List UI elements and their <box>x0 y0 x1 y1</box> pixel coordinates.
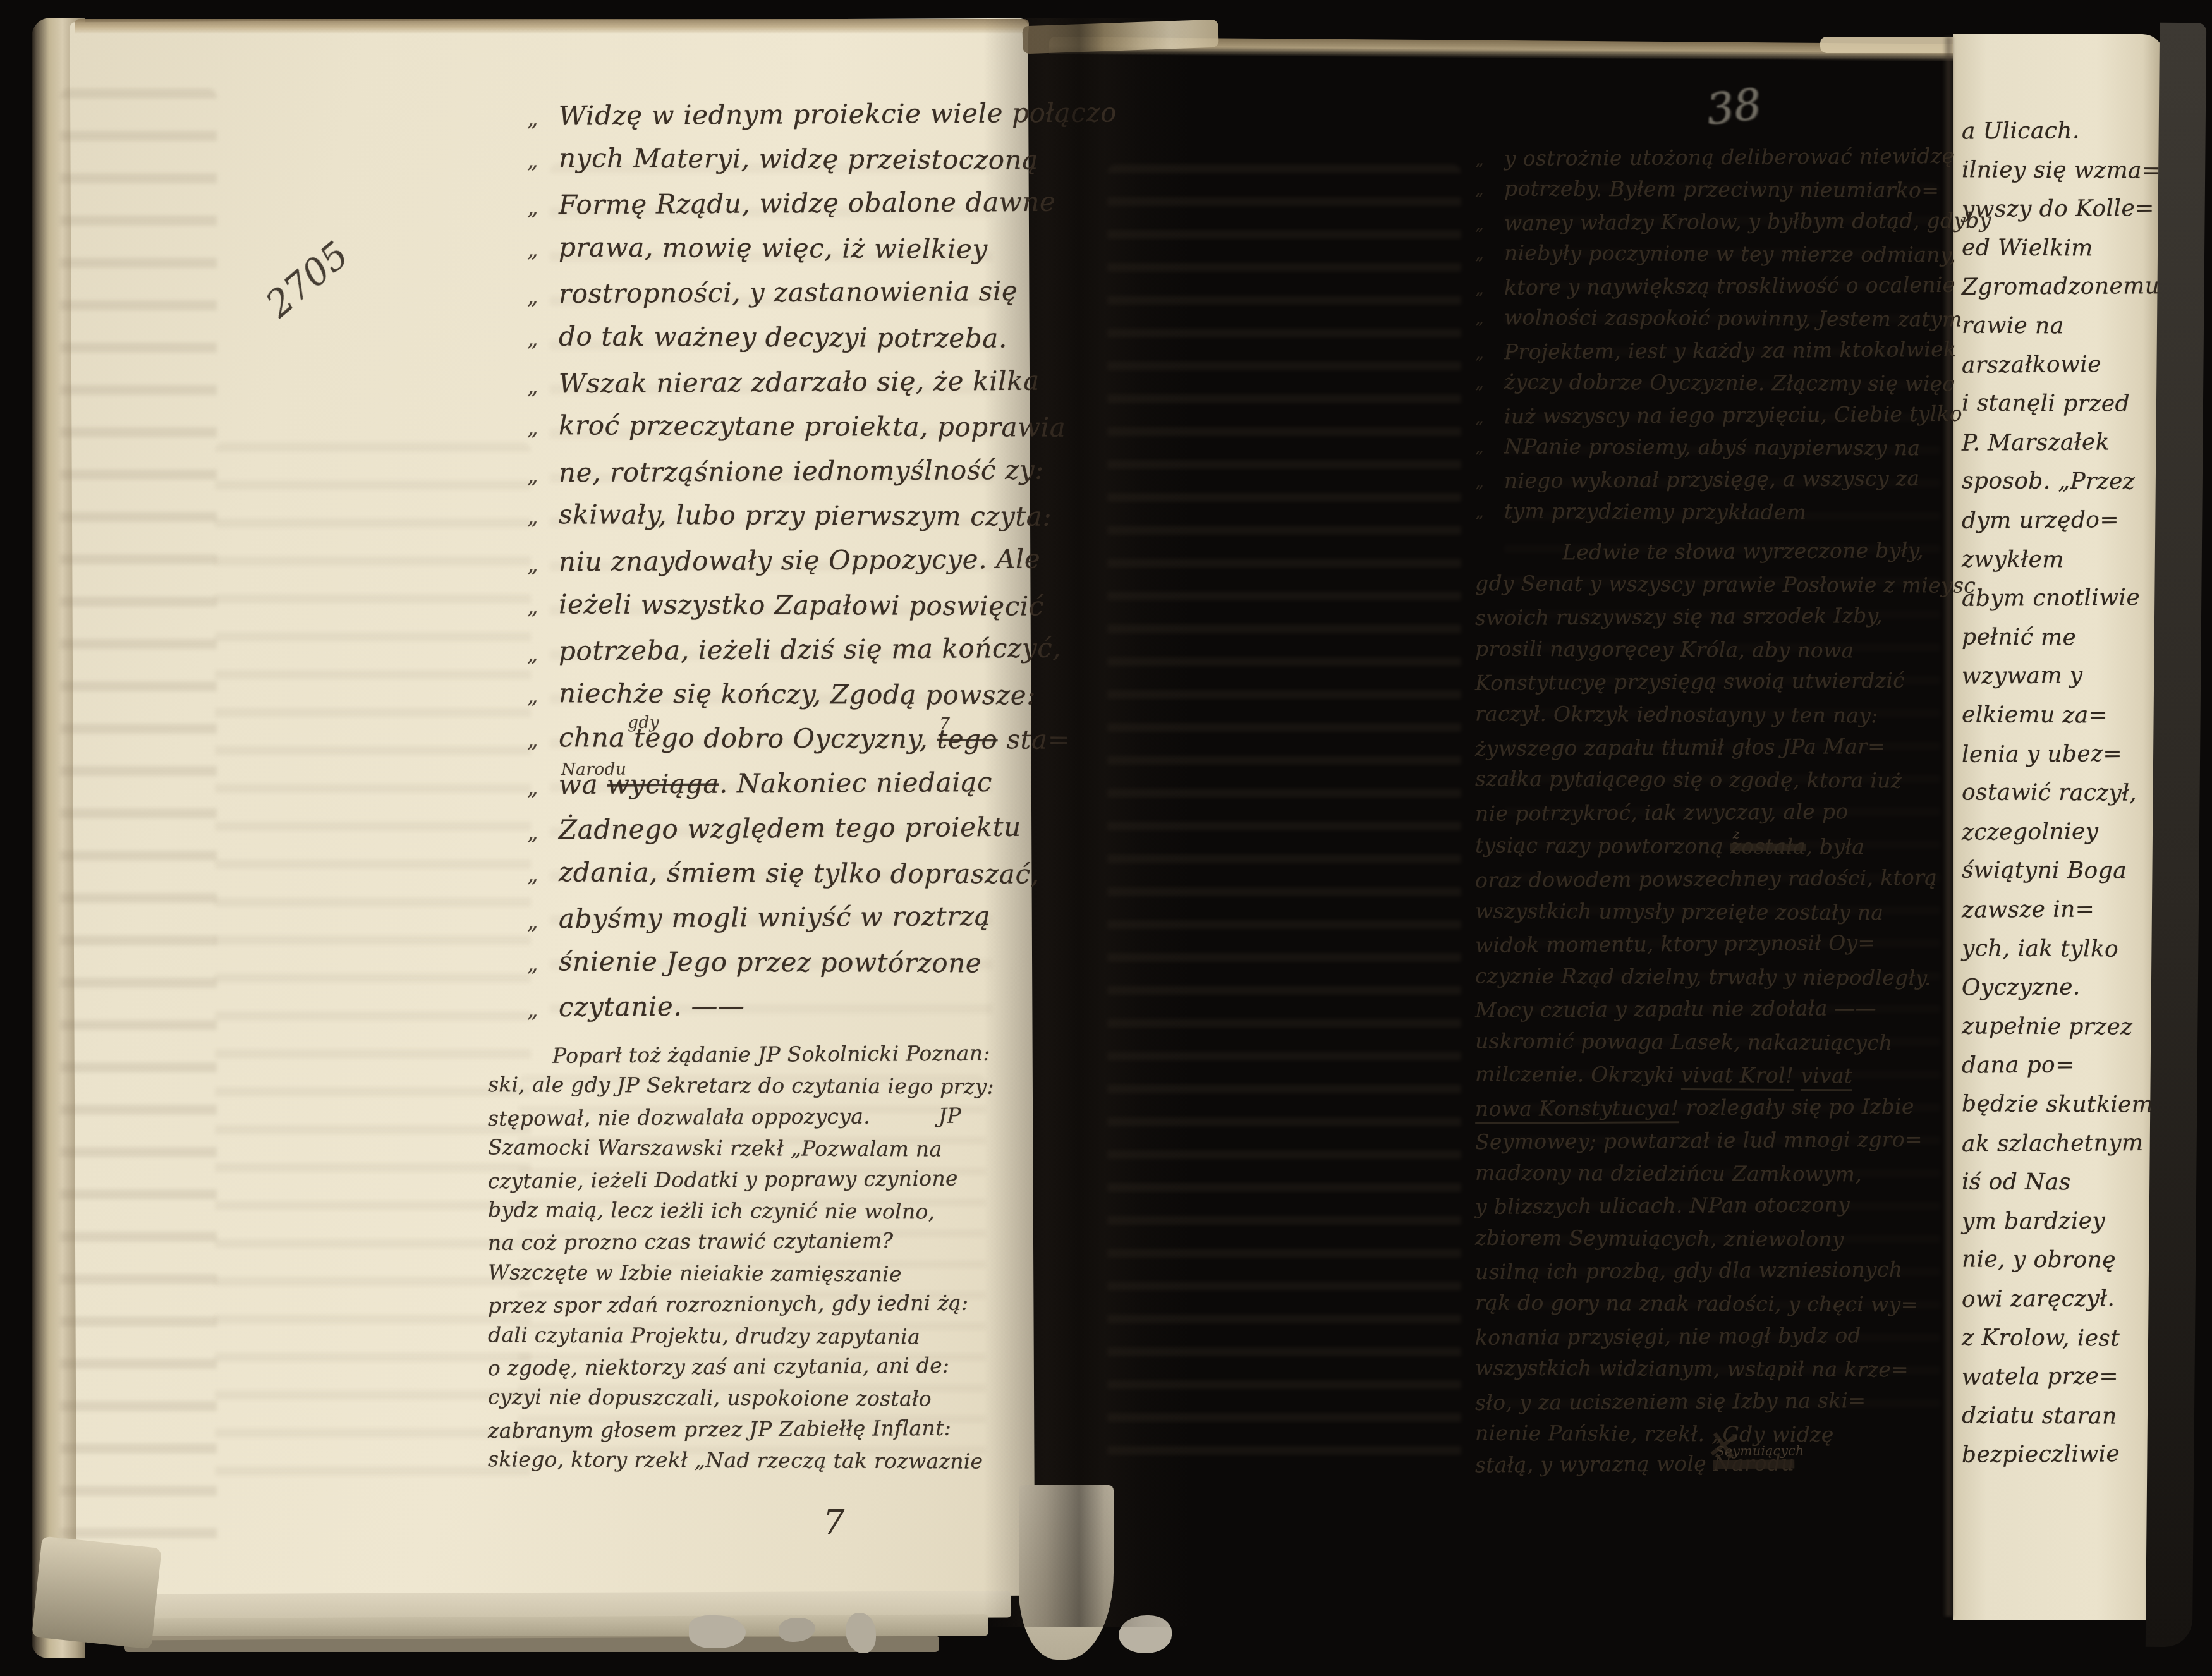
manuscript-line: „potrzeba, ieżeli dziś się ma kończyć, <box>559 635 1061 665</box>
manuscript-line: zabranym głosem przez JP Zabiełłę Inflan… <box>488 1418 951 1441</box>
manuscript-scan: a Ulicach.ilniey się wzma=ywszy do Kolle… <box>0 0 2212 1676</box>
manuscript-line: „iuż wszyscy na iego przyięciu, Ciebie t… <box>1504 403 1962 427</box>
quote-mark: „ <box>1475 375 1484 391</box>
manuscript-line: iś od Nas <box>1962 1171 2071 1194</box>
far-right-page: a Ulicach.ilniey się wzma=ywszy do Kolle… <box>1953 34 2164 1620</box>
bottom-edge-strip <box>124 1636 939 1652</box>
manuscript-line: „ne, rotrząśnione iednomyślność zy: <box>559 456 1044 486</box>
underlined-phrase: nowa Konstytucya! <box>1475 1095 1679 1124</box>
manuscript-line: Zgromadzonemu <box>1962 275 2160 299</box>
manuscript-line: Oyczyzne. <box>1962 976 2081 1000</box>
manuscript-line: Poparł toż żądanie JP Sokolnicki Poznan: <box>488 1043 990 1067</box>
inserted-word: Narodu <box>561 761 627 778</box>
quote-mark: „ <box>527 150 538 171</box>
manuscript-line: swoich ruszywszy się na srzodek Izby, <box>1475 605 1883 628</box>
quote-mark: „ <box>527 239 538 260</box>
manuscript-line: „niebyły poczynione w tey mierze odmiany… <box>1504 242 1956 265</box>
line-text: chna <box>559 722 625 753</box>
manuscript-line: madzony na dziedzińcu Zamkowym, <box>1475 1162 1862 1184</box>
quote-mark: „ <box>527 685 538 707</box>
manuscript-line: wszystkich umysły przeięte zostały na <box>1475 900 1883 923</box>
manuscript-line: „abyśmy mogli wniyść w roztrzą <box>559 903 990 932</box>
inserted-word: gdy <box>628 714 659 731</box>
manuscript-line: a Ulicach. <box>1962 119 2080 143</box>
manuscript-line: zupełnie przez <box>1962 1015 2133 1038</box>
catchword: 7 <box>823 1503 844 1543</box>
manuscript-line: „kroć przeczytane proiekta, poprawia <box>559 412 1066 441</box>
manuscript-line: dym urzędo= <box>1962 509 2119 533</box>
quote-mark: „ <box>527 197 538 219</box>
manuscript-line: „nych Materyi, widzę przeistoczoną <box>559 145 1038 173</box>
manuscript-line: „śnienie Jego przez powtórzone <box>559 948 981 976</box>
manuscript-line: „do tak ważney decyzyi potrzeba. <box>559 323 1007 351</box>
manuscript-line: widok momentu, ktory przynosił Oy= <box>1475 932 1876 956</box>
manuscript-line: „Formę Rządu, widzę obalone dawne <box>559 189 1056 219</box>
manuscript-line: y blizszych ulicach. NPan otoczony <box>1475 1194 1850 1217</box>
torn-paper-shred <box>689 1615 746 1648</box>
manuscript-line: „Wszak nieraz zdarzało się, że kilka <box>559 367 1040 397</box>
manuscript-line: sposob. „Przez <box>1962 470 2135 494</box>
manuscript-line: wzywam y <box>1962 665 2083 688</box>
manuscript-line: „zdania, śmiem się tylko dopraszać, <box>559 859 1040 887</box>
quote-mark: „ <box>527 108 538 130</box>
quote-mark: „ <box>527 375 538 397</box>
quote-mark: „ <box>1475 474 1484 490</box>
manuscript-line: „wolności zaspokoić powinny, Jestem zaty… <box>1504 307 1962 329</box>
manuscript-line: „niechże się kończy, Zgodą powsze: <box>559 680 1036 708</box>
manuscript-line: z Krolow, iest <box>1962 1327 2120 1350</box>
manuscript-line: i stanęli przed <box>1962 392 2130 416</box>
manuscript-line: raczył. Okrzyk iednostayny y ten nay: <box>1475 703 1878 726</box>
manuscript-line: czytanie, ieżeli Dodatki y poprawy czyni… <box>488 1167 958 1191</box>
manuscript-line: bydz maią, lecz ieżli ich czynić nie wol… <box>488 1199 935 1222</box>
manuscript-line-with-scribble: tysiąc razy powtorzoną zzostała, była <box>1475 835 1864 858</box>
manuscript-line: sło, y za uciszeniem się Izby na ski= <box>1475 1390 1866 1413</box>
quote-mark: „ <box>1475 246 1484 262</box>
manuscript-line: o zgodę, niektorzy zaś ani czytania, ani… <box>488 1355 950 1378</box>
manuscript-line: „ktore y naywiększą troskliwość o ocalen… <box>1504 274 1955 298</box>
manuscript-line: Szamocki Warszawski rzekł „Pozwalam na <box>488 1137 942 1160</box>
manuscript-line: ski, ale gdy JP Sekretarz do czytania ie… <box>488 1074 994 1097</box>
manuscript-line: „Projektem, iest y każdy za nim ktokolwi… <box>1504 339 1956 362</box>
manuscript-line: ak szlachetnym <box>1962 1132 2144 1156</box>
manuscript-line: zczegolniey <box>1962 820 2099 844</box>
manuscript-line: rawie na <box>1962 315 2064 338</box>
line-text <box>1794 1063 1801 1088</box>
manuscript-line: „prawa, mowię więc, iż wielkiey <box>559 234 988 262</box>
manuscript-line: „tym przydziemy przykładem <box>1504 501 1807 523</box>
manuscript-line: nienie Pańskie, rzekł. „Gdy widzę <box>1475 1423 1834 1445</box>
manuscript-line: usilną ich prozbą, gdy dla wzniesionych <box>1475 1259 1903 1282</box>
manuscript-line: dziatu staran <box>1962 1404 2117 1428</box>
manuscript-line-with-insertion: „chnagdy tego dobro Oyczyzny, 7tego sta= <box>559 724 1071 753</box>
manuscript-line: „skiwały, lubo przy pierwszym czyta: <box>559 502 1052 530</box>
manuscript-line: ostawić raczył, <box>1962 782 2137 805</box>
manuscript-line: bezpieczliwie <box>1962 1443 2120 1467</box>
scribbled-word: została <box>1730 834 1806 859</box>
quote-mark: „ <box>1475 345 1484 361</box>
manuscript-line: uskromić powaga Lasek, nakazuiących <box>1475 1031 1893 1054</box>
quote-mark: „ <box>1475 504 1484 521</box>
bottom-left-corner-fan <box>32 1536 162 1649</box>
manuscript-line-with-correction: stałą, y wyrazną wolę SeymuiącychNarodu <box>1475 1452 1794 1475</box>
manuscript-line: ed Wielkim <box>1962 236 2093 260</box>
manuscript-line: zawsze in= <box>1962 898 2095 921</box>
manuscript-line: Mocy czucia y zapału nie zdołała —— <box>1475 997 1876 1021</box>
quote-mark: „ <box>527 417 538 439</box>
quote-mark: „ <box>1475 181 1484 198</box>
manuscript-line: gdy Senat y wszyscy prawie Posłowie z mi… <box>1475 573 1976 595</box>
manuscript-line: „ieżeli wszystko Zapałowi poswięcić <box>559 591 1044 619</box>
manuscript-line-underlined: nowa Konstytucya! rozlegały się po Izbie <box>1475 1096 1914 1119</box>
quote-mark: „ <box>527 465 538 486</box>
manuscript-line: P. Marszałek <box>1962 431 2110 454</box>
manuscript-line: nie potrzykroć, iak zwyczay, ale po <box>1475 801 1849 824</box>
line-text: milczenie. Okrzyki <box>1475 1062 1681 1087</box>
manuscript-line-with-insertion: „Naroduwa wyciąga. Nakoniec niedaiąc <box>559 769 992 798</box>
manuscript-line: zbiorem Seymuiących, zniewolony <box>1475 1227 1844 1250</box>
manuscript-line: świątyni Boga <box>1962 859 2127 883</box>
quote-mark: „ <box>527 643 538 665</box>
line-text: tego dobro Oyczyzny, <box>625 722 937 755</box>
underlined-phrase: vivat <box>1801 1063 1852 1091</box>
manuscript-line: pełnić me <box>1962 626 2077 649</box>
manuscript-line: ym bardziey <box>1962 1210 2105 1233</box>
manuscript-line: oraz dowodem powszechney radości, ktorą <box>1475 867 1937 890</box>
manuscript-line: ilniey się wzma= <box>1962 159 2161 182</box>
manuscript-line: skiego, ktory rzekł „Nad rzeczą tak rozw… <box>488 1448 983 1471</box>
manuscript-line: lenia y ubez= <box>1962 743 2122 767</box>
manuscript-line: rąk do gory na znak radości, y chęci wy= <box>1475 1292 1919 1315</box>
manuscript-line: abym cnotliwie <box>1962 586 2140 610</box>
manuscript-line: czyznie Rząd dzielny, trwały y niepodleg… <box>1475 965 1931 988</box>
manuscript-line: wszystkich widzianym, wstąpił na krze= <box>1475 1357 1909 1380</box>
manuscript-line: Ledwie te słowa wyrzeczone były, <box>1475 540 1924 563</box>
line-text: stałą, y wyrazną wolę <box>1475 1451 1713 1477</box>
manuscript-line: zwykłem <box>1962 548 2064 571</box>
manuscript-line: „Widzę w iednym proiekcie wiele połączo <box>559 99 1117 129</box>
quote-mark: „ <box>1475 439 1484 456</box>
manuscript-line: „rostropności, y zastanowienia się <box>559 278 1018 307</box>
quote-mark: „ <box>527 729 538 751</box>
line-text: . Nakoniec niedaiąc <box>719 767 992 799</box>
manuscript-line: cyzyi nie dopuszczali, uspokoione został… <box>488 1387 932 1409</box>
quote-mark: „ <box>527 596 538 617</box>
manuscript-line: prosili naygoręcey Króla, aby nowa <box>1475 638 1854 660</box>
manuscript-line: ych, iak tylko <box>1962 937 2118 961</box>
manuscript-line: „waney władzy Krolow, y byłbym dotąd, gd… <box>1504 210 1991 234</box>
manuscript-line: Wszczęte w Izbie nieiakie zamięszanie <box>488 1261 902 1284</box>
manuscript-line: stępował, nie dozwalała oppozycya. JP <box>488 1105 961 1129</box>
manuscript-line: Seymowey; powtarzał ie lud mnogi zgro= <box>1475 1129 1923 1152</box>
torn-paper-shred <box>1119 1615 1172 1653</box>
manuscript-line: przez spor zdań rozroznionych, gdy iedni… <box>488 1292 969 1316</box>
inserted-letter: z <box>1733 828 1740 841</box>
manuscript-line: „potrzeby. Byłem przeciwny nieumiarko= <box>1504 178 1939 200</box>
manuscript-line: dana po= <box>1962 1054 2075 1078</box>
quote-mark: „ <box>527 953 538 975</box>
manuscript-line: będzie skutkiem <box>1962 1093 2153 1116</box>
line-text: , była <box>1806 834 1864 859</box>
manuscript-line: „niu znaydowały się Oppozycye. Ale <box>559 546 1041 576</box>
quote-mark: „ <box>1475 410 1484 426</box>
manuscript-line: konania przysięgi, nie mogł bydz od <box>1475 1325 1861 1348</box>
manuscript-line: „niego wykonał przysięgę, a wszyscy za <box>1504 468 1920 491</box>
quote-mark: „ <box>527 554 538 576</box>
manuscript-line-underlined: milczenie. Okrzyki vivat Krol! vivat <box>1475 1064 1853 1086</box>
quote-mark: „ <box>527 999 538 1021</box>
manuscript-line: watela prze= <box>1962 1365 2118 1389</box>
quote-mark: „ <box>1475 310 1484 327</box>
manuscript-line: owi zaręczył. <box>1962 1287 2115 1311</box>
x-deletion-mark: ✕ <box>1703 1421 1743 1473</box>
manuscript-line: „czytanie. —— <box>559 993 745 1021</box>
quote-mark: „ <box>527 777 538 798</box>
line-text: tysiąc razy powtorzoną <box>1475 833 1730 859</box>
page-number: 38 <box>1704 79 1765 135</box>
caret-mark: 7 <box>939 716 950 732</box>
manuscript-line: Konstytucyę przysięgą swoią utwierdzić <box>1475 670 1905 693</box>
manuscript-line: na coż prozno czas trawić czytaniem? <box>488 1230 894 1253</box>
quote-mark: „ <box>527 328 538 349</box>
manuscript-line: żywszego zapału tłumił głos JPa Mar= <box>1475 736 1885 759</box>
quote-mark: „ <box>1475 152 1484 168</box>
underlined-phrase: vivat Krol! <box>1681 1062 1794 1091</box>
manuscript-line: „Żadnego względem tego proiektu <box>559 814 1021 843</box>
quote-mark: „ <box>1475 217 1484 233</box>
manuscript-line: elkiemu za= <box>1962 703 2108 727</box>
quote-mark: „ <box>1475 281 1484 297</box>
manuscript-line: szałka pytaiącego się o zgodę, ktora iuż <box>1475 768 1902 791</box>
manuscript-line: „y ostrożnie utożoną deliberować niewidz… <box>1504 145 1954 169</box>
line-text: sta= <box>997 724 1070 755</box>
quote-mark: „ <box>527 864 538 885</box>
gutter-under-page-corner <box>1019 1485 1114 1660</box>
manuscript-line: „NPanie prosiemy, abyś naypierwszy na <box>1504 436 1920 459</box>
quote-mark: „ <box>527 286 538 308</box>
line-text: rozlegały się po Izbie <box>1679 1094 1914 1120</box>
quote-mark: „ <box>527 506 538 528</box>
manuscript-line: arszałkowie <box>1962 353 2101 377</box>
manuscript-line: „życzy dobrze Oyczyznie. Złączmy się wię… <box>1504 371 1954 394</box>
left-page-top-edge <box>75 19 1029 34</box>
quote-mark: „ <box>527 822 538 843</box>
manuscript-line: dali czytania Projektu, drudzy zapytania <box>488 1324 920 1347</box>
quote-mark: „ <box>527 911 538 932</box>
manuscript-line: nie, y obronę <box>1962 1249 2116 1272</box>
